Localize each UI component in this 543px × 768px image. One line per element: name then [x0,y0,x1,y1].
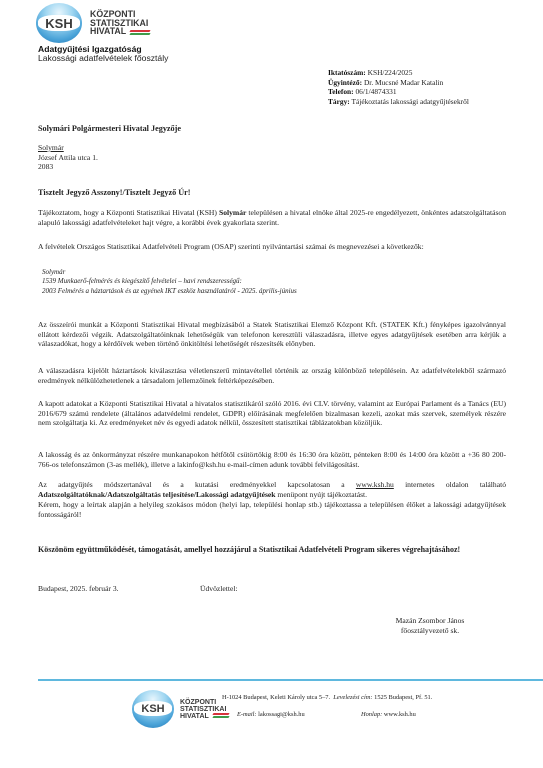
footer-logo-wordmark: KÖZPONTI STATISZTIKAI HIVATAL [180,699,229,720]
footer-ksh-emblem: KSH [132,690,174,728]
recipient-zip: 2083 [38,162,98,172]
footer-logo-abbr: KSH [134,701,172,716]
telefon-value: 06/1/4874331 [355,87,396,96]
recipient-street: József Attila utca 1. [38,153,98,163]
paragraph-sampling: A válaszadásra kijelölt háztartások kivá… [38,366,506,385]
osap-settlement: Solymár [42,268,297,277]
footer-logo-line-2: STATISZTIKAI [180,706,229,713]
settlement-name: Solymár [219,208,246,217]
hungarian-flag-icon [213,713,229,718]
paragraph-gdpr: A kapott adatokat a Központi Statisztika… [38,399,506,428]
paragraph-osap-intro: A felvételek Országos Statisztikai Adatf… [38,242,506,252]
footer-divider [38,679,543,681]
ksh-logo-abbr: KSH [38,15,80,31]
paragraph-contact: A lakosság és az önkormányzat részére mu… [38,450,506,469]
footer-web-value[interactable]: www.ksh.hu [384,711,416,718]
ksh-logo-wordmark: KÖZPONTI STATISZTIKAI HIVATAL [90,10,150,36]
footer-ksh-logo: KSH KÖZPONTI STATISZTIKAI HIVATAL [132,690,229,728]
footer-email-label: E-mail: [237,711,257,718]
footer-web-label: Honlap: [361,711,382,718]
targy-value: Tájékoztatás lakossági adatgyűjtésekről [351,97,468,106]
ksh-website-link[interactable]: www.ksh.hu [356,480,394,489]
footer-address: H-1024 Budapest, Keleti Károly utca 5–7.… [222,694,432,701]
thanks-paragraph: Köszönöm együttműködését, támogatását, a… [38,545,506,556]
footer-postal: 1525 Budapest, Pf. 51. [374,694,432,701]
footer-street-address: H-1024 Budapest, Keleti Károly utca 5–7. [222,694,330,701]
paragraph-methodology: Az adatgyűjtés módszertanával és a kutat… [38,480,506,499]
footer-postal-label: Levelezési cím: [333,694,372,701]
iktatoszam-value: KSH/224/2025 [368,68,413,77]
signature-block: Mazán Zsombor János főosztályvezető sk. [380,616,480,636]
signatory-title: főosztályvezető sk. [380,626,480,636]
signature-salutation: Üdvözlettel: [200,584,238,593]
targy-label: Tárgy: [328,97,350,106]
greeting: Tisztelt Jegyző Asszony!/Tisztelt Jegyző… [38,188,191,197]
osap-item: 1539 Munkaerő-felmérés és kiegészítő fel… [42,277,297,286]
osap-list: Solymár 1539 Munkaerő-felmérés és kiegés… [42,268,297,296]
paragraph-request: Kérem, hogy a leírtak alapján a helyileg… [38,500,506,519]
footer-logo-line-3: HIVATAL [180,713,229,720]
ugyintezo-value: Dr. Mucsné Madar Katalin [364,78,443,87]
ksh-logo: KSH KÖZPONTI STATISZTIKAI HIVATAL [36,3,150,43]
osap-item: 2003 Felmérés a háztartások és az egyéne… [42,287,297,296]
menu-path: Adatszolgáltatóknak/Adatszolgáltatás tel… [38,490,276,499]
signature-date: Budapest, 2025. február 3. [38,584,119,593]
recipient-address: Solymár József Attila utca 1. 2083 [38,143,98,172]
signatory-name: Mazán Zsombor János [380,616,480,626]
iktatoszam-label: Iktatószám: [328,68,366,77]
recipient-city: Solymár [38,143,64,152]
footer-email: E-mail: lakossagi@ksh.hu [237,711,305,718]
footer-email-value[interactable]: lakossagi@ksh.hu [258,711,305,718]
reference-block: Iktatószám: KSH/224/2025 Ügyintéző: Dr. … [328,68,469,106]
ugyintezo-label: Ügyintéző: [328,78,362,87]
paragraph-statek: Az összeírói munkát a Központi Statiszti… [38,320,506,349]
footer-website: Honlap: www.ksh.hu [361,711,416,718]
telefon-label: Telefon: [328,87,354,96]
department-subtitle: Lakossági adatfelvételek főosztály [38,53,168,63]
ksh-logo-emblem: KSH [36,3,82,43]
hungarian-flag-icon [130,30,150,35]
recipient-title: Solymári Polgármesteri Hivatal Jegyzője [38,124,181,133]
paragraph-intro: Tájékoztatom, hogy a Központi Statisztik… [38,208,506,227]
logo-line-3: HIVATAL [90,27,150,36]
